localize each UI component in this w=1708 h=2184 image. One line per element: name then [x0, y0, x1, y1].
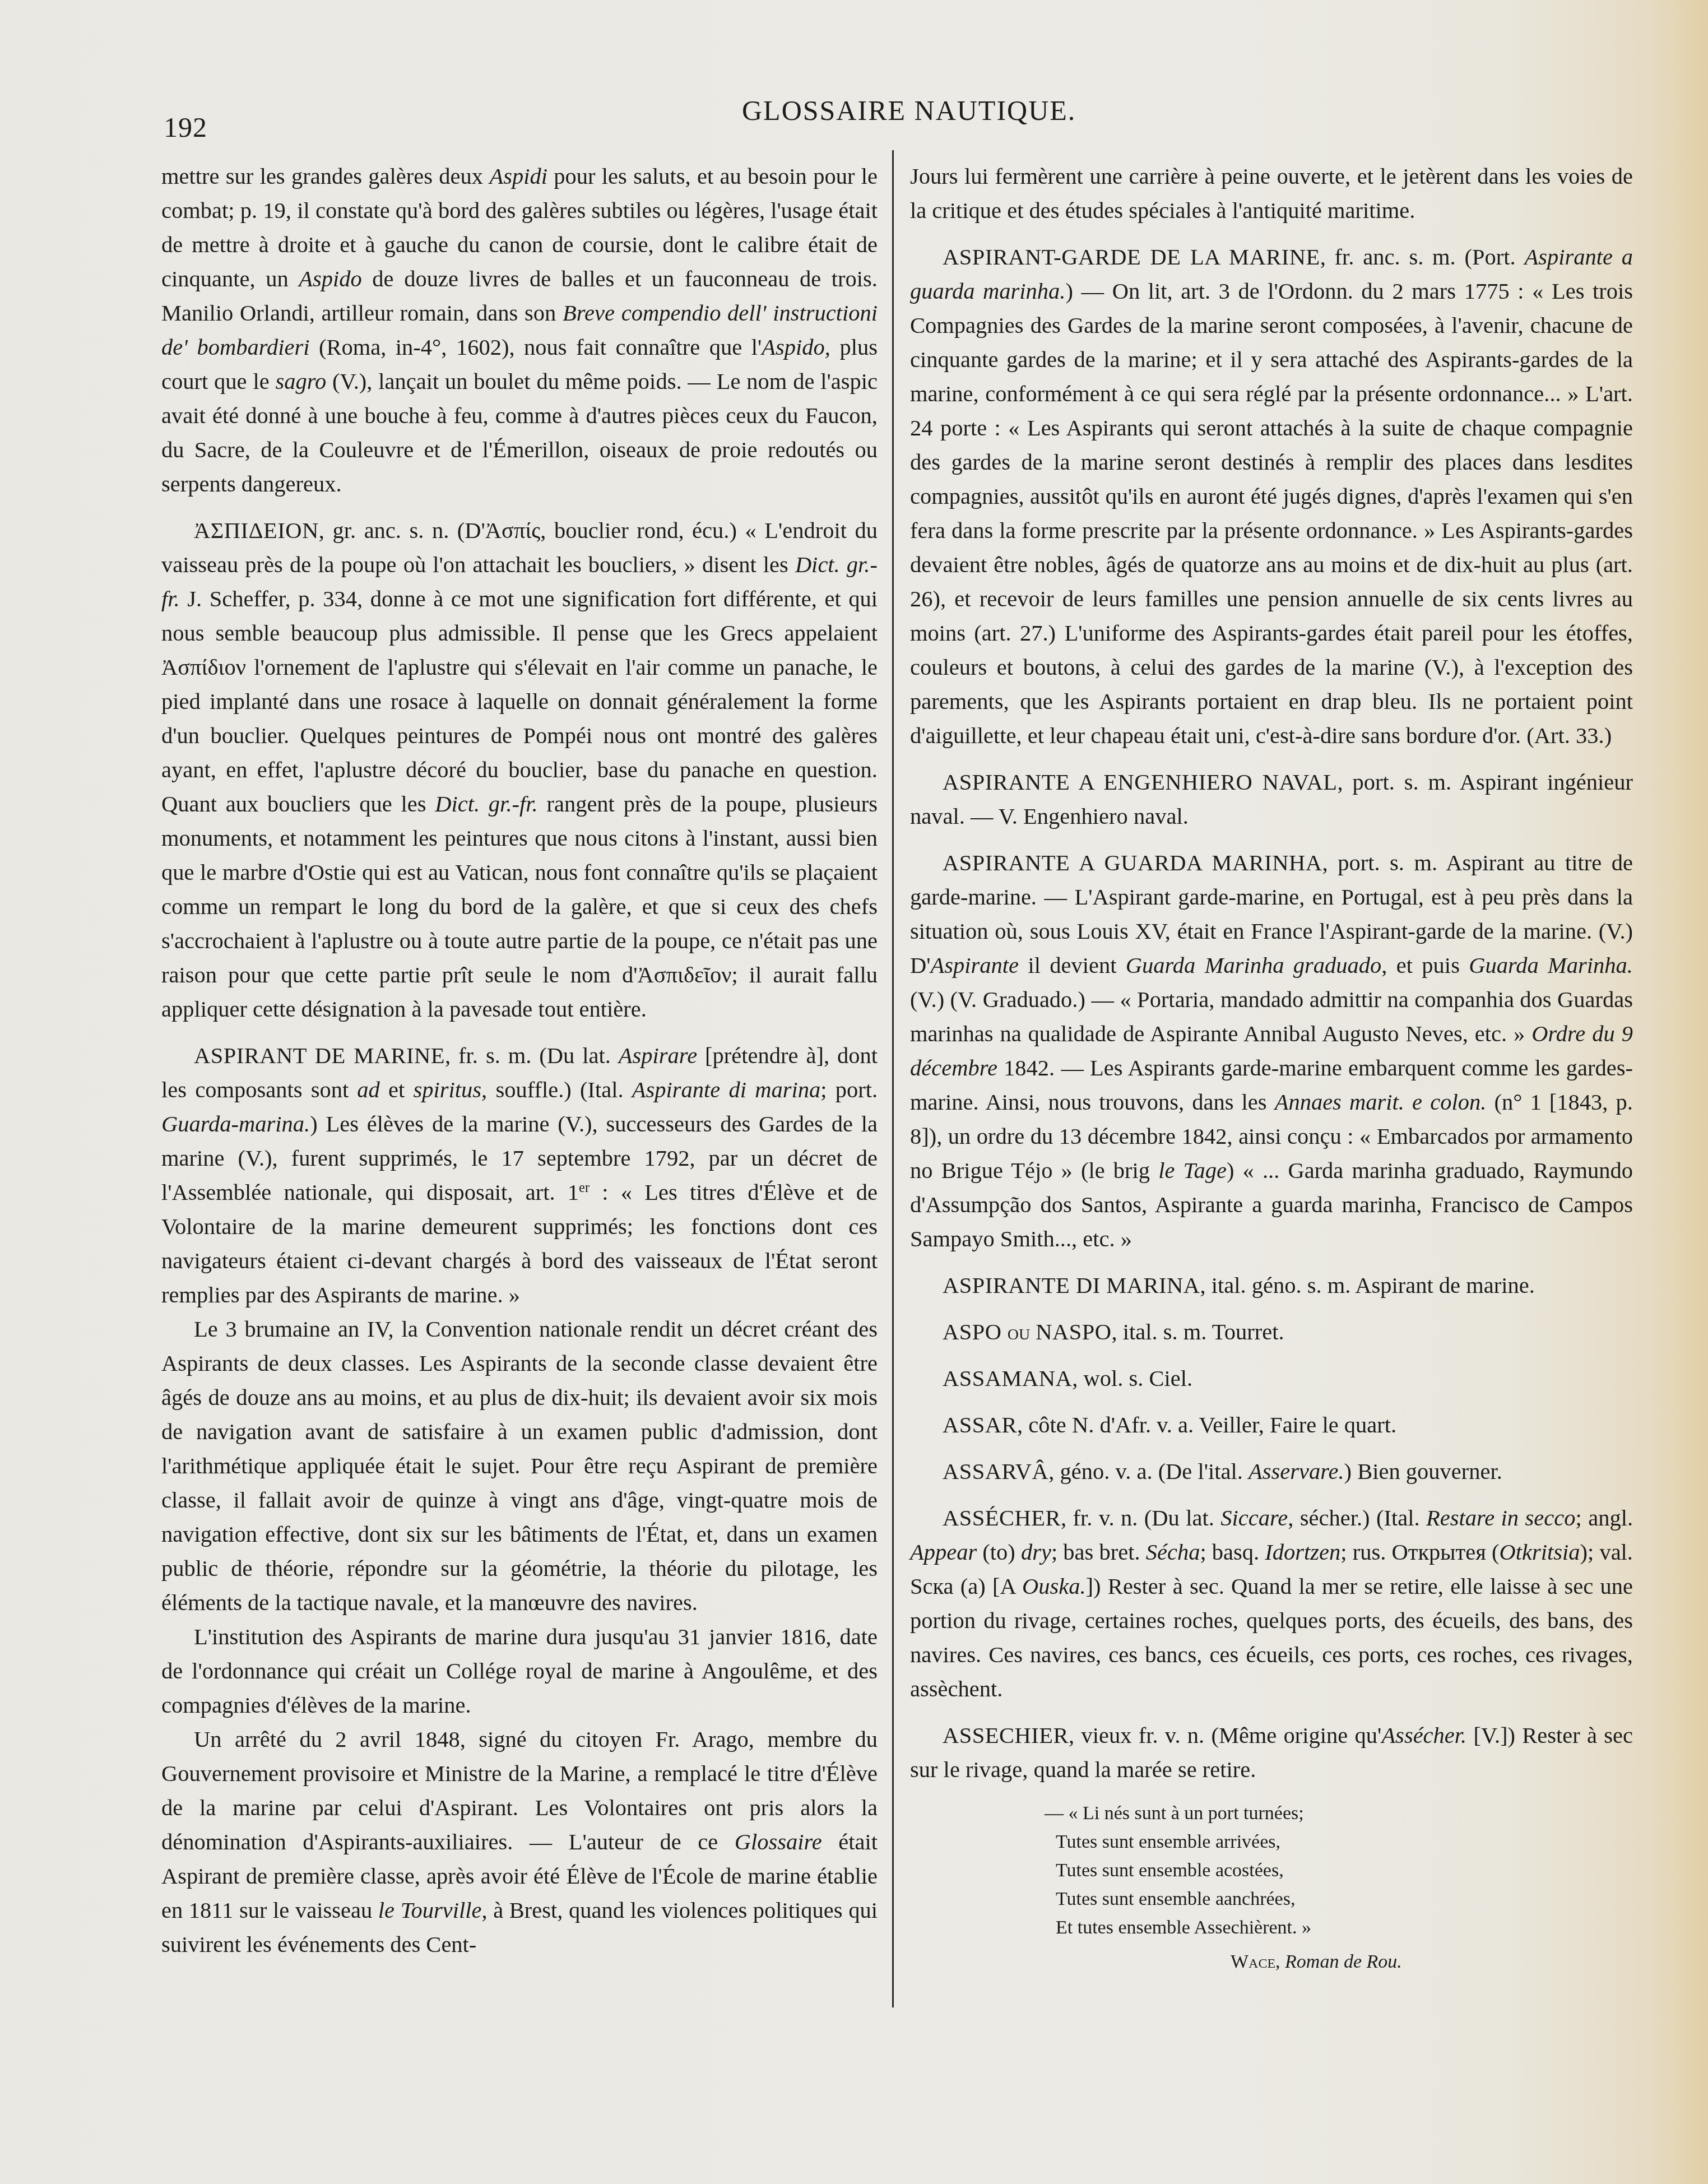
right-column: Jours lui fermèrent une carrière à peine… — [910, 159, 1633, 1976]
glossary-entry: ASPO ou NASPO, ital. s. m. Tourret. — [910, 1315, 1633, 1349]
glossary-entry: ASPIRANTE DI MARINA, ital. géno. s. m. A… — [910, 1268, 1633, 1302]
entry-headword: ASPIRANTE DI MARINA — [943, 1273, 1200, 1298]
entry-paragraph: Un arrêté du 2 avril 1848, signé du cito… — [161, 1722, 878, 1962]
entry-headword: ASSÉCHER — [943, 1505, 1061, 1531]
verse-line: Tutes sunt ensemble arrivées, — [1056, 1828, 1633, 1856]
verse-line: — « Li nés sunt à un port turnées; — [1045, 1799, 1633, 1828]
entry-headword: ASPIRANT-GARDE DE LA MARINE — [943, 244, 1320, 270]
glossary-entry: ASSARVÂ, géno. v. a. (De l'ital. Asserva… — [910, 1454, 1633, 1489]
entry-headword: ASPIRANTE A GUARDA MARINHA — [943, 850, 1322, 875]
verse-quotation: — « Li nés sunt à un port turnées;Tutes … — [1056, 1799, 1633, 1976]
page-number: 192 — [164, 111, 207, 143]
glossary-entry: ASSECHIER, vieux fr. v. n. (Même origine… — [910, 1718, 1633, 1787]
column-rule — [892, 150, 894, 2007]
glossary-entry: ASSAMANA, wol. s. Ciel. — [910, 1361, 1633, 1395]
running-title: GLOSSAIRE NAUTIQUE. — [742, 94, 1076, 127]
entry-headword: ASSECHIER — [943, 1723, 1069, 1748]
quotation-attribution: Wace, Roman de Rou. — [1231, 1947, 1633, 1976]
glossary-entry: ASPIRANT-GARDE DE LA MARINE, fr. anc. s.… — [910, 240, 1633, 753]
entry-headword: ASSAMANA — [943, 1366, 1072, 1391]
continuation-paragraph: mettre sur les grandes galères deux Aspi… — [161, 159, 878, 501]
glossary-entry: ASPIRANTE A ENGENHIERO NAVAL, port. s. m… — [910, 765, 1633, 833]
glossary-entry: ἈΣΠΙΔΕΙΟΝ, gr. anc. s. n. (D'Ἀσπίς, bouc… — [161, 513, 878, 1026]
verse-line: Tutes sunt ensemble acostées, — [1056, 1856, 1633, 1885]
entry-headword: ἈΣΠΙΔΕΙΟΝ — [194, 518, 319, 543]
entry-paragraph: Le 3 brumaine an IV, la Convention natio… — [161, 1312, 878, 1620]
left-column: mettre sur les grandes galères deux Aspi… — [161, 159, 878, 1962]
continuation-paragraph: Jours lui fermèrent une carrière à peine… — [910, 159, 1633, 228]
entry-headword: ASPIRANTE A ENGENHIERO NAVAL — [943, 769, 1337, 795]
entry-headword: ASPIRANT DE MARINE — [194, 1043, 445, 1068]
entry-headword: ASPO — [943, 1319, 1002, 1344]
verse-line: Tutes sunt ensemble aanchrées, — [1056, 1885, 1633, 1913]
entry-headword: NASPO — [1036, 1319, 1111, 1344]
glossary-entry: ASSÉCHER, fr. v. n. (Du lat. Siccare, sé… — [910, 1501, 1633, 1706]
glossary-entry: ASPIRANT DE MARINE, fr. s. m. (Du lat. A… — [161, 1038, 878, 1312]
glossary-entry: ASPIRANTE A GUARDA MARINHA, port. s. m. … — [910, 846, 1633, 1256]
entry-headword: ASSARVÂ — [943, 1459, 1048, 1484]
entry-headword: ASSAR — [943, 1412, 1017, 1438]
verse-line: Et tutes ensemble Assechièrent. » — [1056, 1913, 1633, 1942]
glossary-entry: ASSAR, côte N. d'Afr. v. a. Veiller, Fai… — [910, 1408, 1633, 1442]
entry-paragraph: L'institution des Aspirants de marine du… — [161, 1620, 878, 1722]
